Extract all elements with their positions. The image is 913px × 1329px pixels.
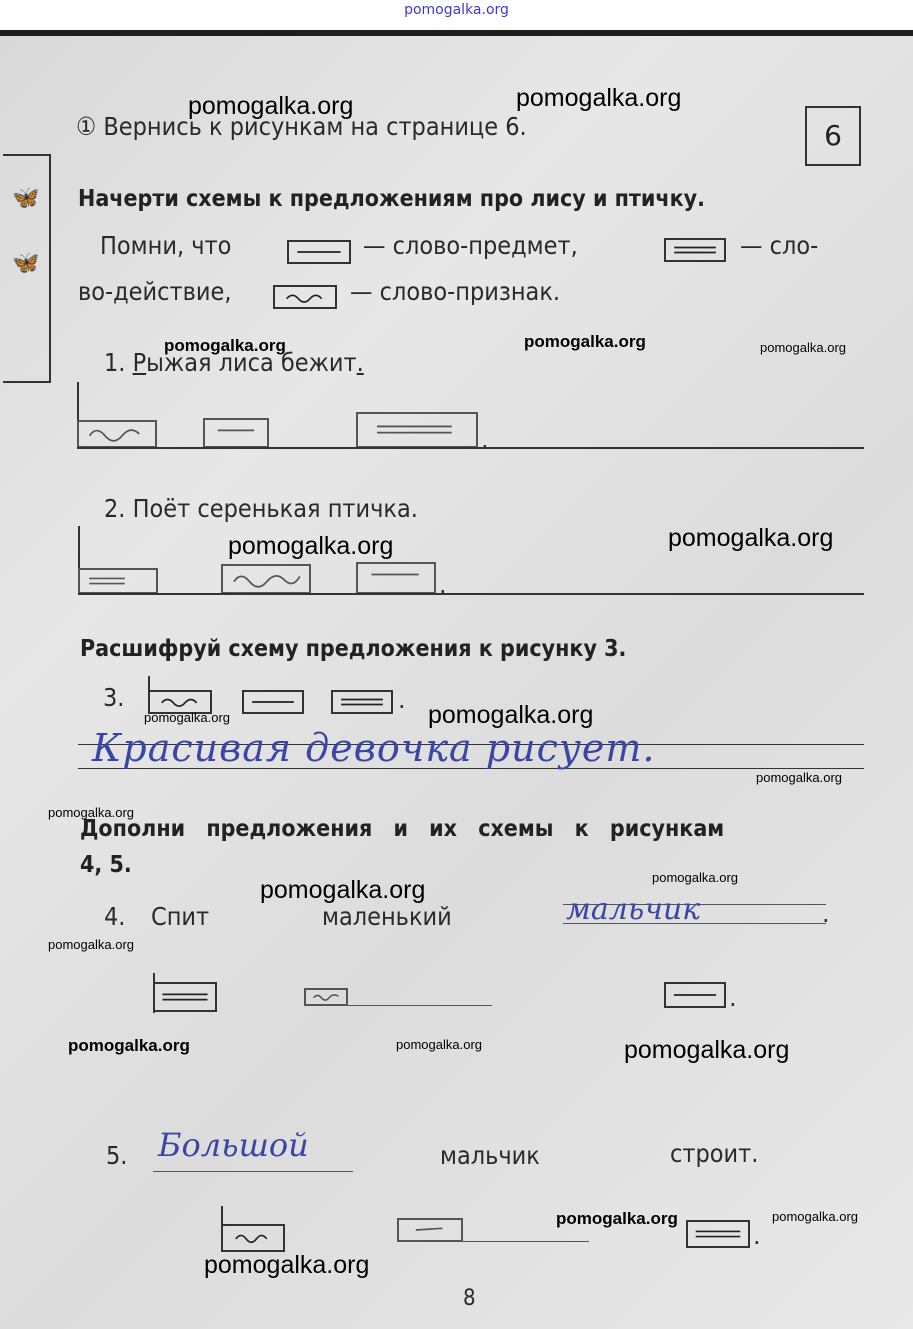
top-bar: pomogalka.org	[0, 0, 913, 30]
answer-line	[78, 593, 864, 595]
sentence-5-word3: строит.	[670, 1139, 758, 1168]
handwritten-answer-4: мальчик	[566, 892, 700, 927]
instruction-1: Начерти схемы к предложениям про лису и …	[78, 186, 705, 212]
scheme-verb	[331, 690, 393, 714]
adjective-symbol-icon	[273, 285, 337, 309]
scheme-adjective	[221, 564, 311, 594]
watermark: pomogalka.org	[188, 92, 353, 121]
scheme-adjective-drawn	[304, 988, 348, 1006]
scheme-noun	[242, 690, 304, 714]
period-mark: .	[481, 426, 489, 454]
butterfly-icon: 🦋	[11, 251, 41, 279]
sentence-3-number: 3.	[103, 683, 124, 712]
scheme-verb	[78, 568, 158, 594]
scheme-noun-drawn	[397, 1218, 463, 1242]
watermark: pomogalka.org	[164, 336, 286, 356]
page-number: 8	[463, 1286, 476, 1311]
period-mark: .	[729, 984, 737, 1012]
answer-line	[397, 1241, 589, 1242]
reminder-adj: — слово-признак.	[350, 277, 560, 306]
watermark: pomogalka.org	[556, 1209, 678, 1229]
period-mark: .	[398, 686, 406, 714]
reminder-line2: во-действие,	[78, 277, 231, 306]
watermark: pomogalka.org	[624, 1036, 789, 1065]
scheme-adjective	[77, 420, 157, 448]
handwritten-answer-3: Красивая девочка рисует.	[92, 726, 656, 770]
watermark: pomogalka.org	[204, 1251, 369, 1280]
sentence-5-number: 5.	[106, 1141, 127, 1170]
watermark: pomogalka.org	[524, 332, 646, 352]
sentence-4-number: 4.	[104, 902, 125, 931]
watermark: pomogalka.org	[668, 524, 833, 553]
sentence-2: 2. Поёт серенькая птичка.	[104, 494, 418, 523]
reminder-verb: — сло-	[740, 231, 818, 260]
instruction-3: Дополни предложения и их схемы к рисунка…	[80, 816, 724, 842]
watermark: pomogalka.org	[48, 937, 134, 952]
answer-line	[304, 1005, 492, 1006]
scheme-adjective	[221, 1224, 285, 1252]
butterfly-icon: 🦋	[11, 186, 41, 214]
watermark: pomogalka.org	[772, 1209, 858, 1224]
reminder-start: Помни, что	[100, 231, 231, 260]
watermark: pomogalka.org	[144, 710, 230, 725]
answer-line	[77, 447, 864, 449]
watermark: pomogalka.org	[760, 340, 846, 355]
noun-symbol-icon	[287, 240, 351, 264]
task-number: ①	[76, 112, 96, 141]
scheme-verb	[153, 982, 217, 1012]
sentence-5-word2: мальчик	[440, 1141, 540, 1170]
instruction-3-line2: 4, 5.	[80, 852, 132, 878]
sentence-4-word2: маленький	[322, 902, 452, 931]
reminder-noun: — слово-предмет,	[363, 231, 578, 260]
watermark: pomogalka.org	[516, 84, 681, 113]
handwritten-answer-5: Большой	[158, 1126, 309, 1164]
fill-line	[153, 1171, 353, 1172]
sentence-4-word1: Спит	[151, 902, 209, 931]
instruction-2: Расшифруй схему предложения к рисунку 3.	[80, 636, 626, 662]
watermark: pomogalka.org	[68, 1036, 190, 1056]
scheme-noun	[203, 418, 269, 448]
period-mark: .	[753, 1222, 761, 1250]
scheme-noun	[356, 562, 436, 594]
site-link[interactable]: pomogalka.org	[0, 2, 913, 18]
watermark: pomogalka.org	[48, 805, 134, 820]
scheme-verb	[356, 412, 478, 448]
watermark: pomogalka.org	[396, 1037, 482, 1052]
sidebar-frame: 🦋 🦋	[3, 154, 51, 383]
workbook-page: 🦋 🦋 ① Вернись к рисункам на странице 6. …	[0, 30, 913, 1329]
scheme-noun	[664, 982, 726, 1008]
scheme-verb	[686, 1220, 750, 1248]
watermark: pomogalka.org	[428, 701, 593, 730]
period-mark: .	[822, 900, 830, 928]
watermark: pomogalka.org	[756, 770, 842, 785]
verb-symbol-icon	[664, 238, 726, 262]
watermark: pomogalka.org	[260, 876, 425, 905]
page-ref-box: 6	[805, 106, 861, 166]
watermark: pomogalka.org	[228, 532, 393, 561]
watermark: pomogalka.org	[652, 870, 738, 885]
